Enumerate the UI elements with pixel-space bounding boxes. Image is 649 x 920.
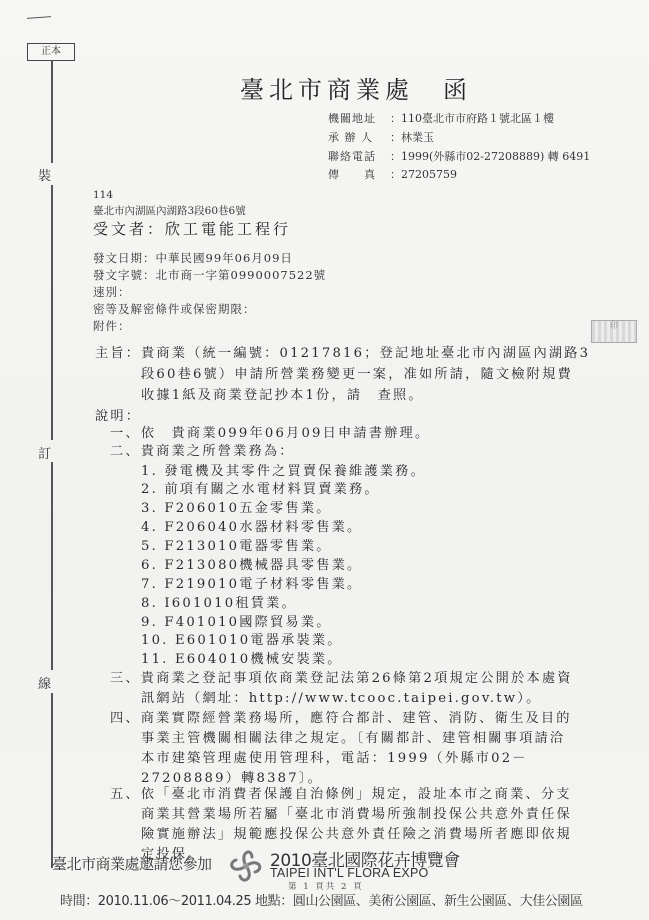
expo-info: 時間：2010.11.06～2011.04.25 地點：圓山公園區、美術公園區、…: [60, 890, 583, 909]
binding-label-zhuang: 裝: [38, 165, 51, 184]
binding-line: [51, 185, 53, 440]
sender-contact-person: 承 辦 人：林業玉: [328, 129, 434, 145]
confidentiality: 密等及解密條件或保密期限：: [93, 301, 256, 317]
subject-line: 段60巷6號）申請所營業務變更一案，准如所請，隨文檢附規費: [141, 363, 573, 382]
explanation-item-3-cont: 訊網站（網址：http://www.tcooc.taipei.gov.tw）。: [141, 687, 541, 706]
sender-address: 機關地址：110臺北市市府路１號北區１樓: [328, 110, 554, 126]
binding-line: [51, 693, 53, 868]
sender-phone: 聯絡電話：1999(外縣市02-27208889) 轉 6491: [328, 148, 590, 164]
document-page: 正本 裝 訂 線 臺北市商業處 函 機關地址：110臺北市市府路１號北區１樓 承…: [0, 0, 649, 920]
explanation-item-2: 二、貴商業之所營業務為：: [110, 440, 295, 459]
expo-title-en: TAIPEI INT'L FLORA EXPO: [270, 866, 428, 880]
explanation-item-5-cont: 商業其營業場所若屬「臺北市消費場所強制投保公共意外責任保: [141, 803, 572, 822]
business-item: 9. F401010國際貿易業。: [141, 611, 332, 630]
issue-number: 發文字號：北市商一字第0990007522號: [93, 267, 326, 283]
recipient-postal-code: 114: [93, 189, 113, 201]
subject-label: 主旨：: [95, 342, 141, 361]
explanation-item-5: 五、依「臺北市消費者保護自治條例」規定，設址本市之商業、分支: [110, 783, 572, 802]
business-item: 10. E601010電器承裝業。: [141, 629, 343, 648]
business-item: 2. 前項有關之水電材料買賣業務。: [141, 478, 380, 497]
footer-invite: 臺北市商業處邀請您參加: [52, 853, 212, 874]
explanation-item-4-cont: 本市建築管理處使用管理科，電話：1999（外縣市02－: [141, 747, 528, 766]
explanation-item-1: 一、依 貴商業099年06月09日申請書辦理。: [110, 422, 430, 441]
attachments: 附件：: [93, 318, 131, 334]
business-item: 8. I601010租賃業。: [141, 592, 297, 611]
binding-label-xian: 線: [38, 673, 51, 692]
binding-line: [51, 462, 53, 670]
explanation-item-5-cont: 險實施辦法」規範應投保公共意外責任險之消費場所者應即依規: [141, 823, 572, 842]
business-item: 5. F213010電器零售業。: [141, 535, 332, 554]
explanation-item-3: 三、貴商業之登記事項依商業登記法第26條第2項規定公開於本處資: [110, 667, 573, 686]
seal-stamp: 印: [591, 320, 637, 343]
sender-fax: 傳 真：27205759: [328, 166, 457, 182]
explanation-item-4-cont: 事業主管機關相關法律之規定。〔有關都計、建管相關事項請洽: [141, 727, 565, 746]
business-item: 3. F206010五金零售業。: [141, 497, 332, 516]
copy-stamp: 正本: [27, 43, 75, 61]
subject-line: 收據1紙及商業登記抄本1份，請 查照。: [141, 384, 424, 403]
explanation-item-4: 四、商業實際經營業務場所，應符合都計、建管、消防、衛生及目的: [110, 707, 572, 726]
corner-mark: [27, 16, 51, 19]
business-item: 11. E604010機械安裝業。: [141, 648, 343, 667]
document-title: 臺北市商業處 函: [240, 70, 472, 105]
flora-expo-logo-icon: [225, 845, 267, 887]
business-item: 4. F206040水器材料零售業。: [141, 516, 362, 535]
subject-line: 貴商業（統一編號：01217816；登記地址臺北市內湖區內湖路3: [141, 342, 590, 361]
recipient: 受文者：欣工電能工程行: [93, 218, 291, 239]
business-item: 1. 發電機及其零件之買賣保養維護業務。: [141, 460, 426, 479]
issue-date: 發文日期：中華民國99年06月09日: [93, 250, 293, 266]
business-item: 6. F213080機械器具零售業。: [141, 554, 362, 573]
binding-label-ding: 訂: [38, 443, 51, 462]
binding-line: [51, 60, 53, 163]
business-item: 7. F219010電子材料零售業。: [141, 573, 362, 592]
recipient-address: 臺北市內湖區內湖路3段60巷6號: [93, 203, 246, 218]
speed-category: 速別：: [93, 284, 131, 300]
